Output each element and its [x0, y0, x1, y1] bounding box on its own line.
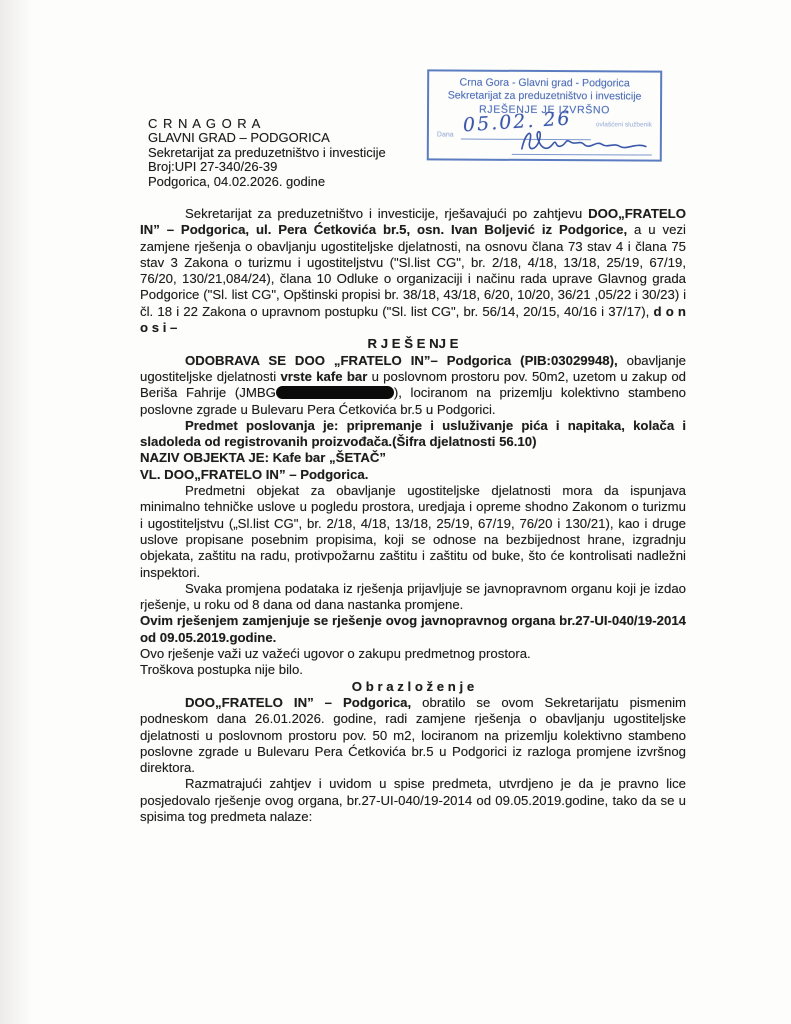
jmbg-redaction-bar — [276, 386, 394, 399]
scan-edge-shading — [0, 0, 38, 1024]
letterhead-case-number: Broj:UPI 27-340/26-39 — [148, 160, 386, 174]
line-ugovor-zakup: Ovo rješenje važi uz važeći ugovor o zak… — [140, 646, 686, 662]
line-naziv-objekta: NAZIV OBJEKTA JE: Kafe bar „ŠETAČ” — [140, 450, 686, 466]
paragraph-promjena-podataka: Svaka promjena podataka iz rješenja prij… — [140, 581, 686, 614]
paragraph-minimalni-uslovi: Predmetni objekat za obavljanje ugostite… — [140, 483, 686, 581]
document-body: Sekretarijat za preduzetništvo i investi… — [140, 206, 686, 825]
letterhead: C R N A G O R A GLAVNI GRAD – PODGORICA … — [148, 117, 386, 189]
paragraph-obrazlozenje-1: DOO„FRATELO IN” – Podgorica, obratilo se… — [140, 695, 686, 776]
obrazlozenje-party-name: DOO„FRATELO IN” – Podgorica, — [185, 695, 422, 710]
letterhead-secretariat: Sekretarijat za preduzetništvo i investi… — [148, 146, 386, 160]
odobrava-approval: ODOBRAVA SE DOO „FRATELO IN”– Podgorica … — [185, 353, 627, 368]
letterhead-city: GLAVNI GRAD – PODGORICA — [148, 131, 386, 145]
paragraph-odobrava: ODOBRAVA SE DOO „FRATELO IN”– Podgorica … — [140, 353, 686, 418]
paragraph-intro: Sekretarijat za preduzetništvo i investi… — [140, 206, 686, 336]
paragraph-zamjena-rjesenja: Ovim rješenjem zamjenjuje se rješenje ov… — [140, 613, 686, 646]
intro-lead-text: Sekretarijat za preduzetništvo i investi… — [185, 206, 588, 221]
line-troskovi: Troškova postupka nije bilo. — [140, 662, 686, 678]
odobrava-type: vrste kafe bar — [280, 369, 367, 384]
stamp-signer-label: ovlašćeni službenik — [512, 118, 652, 132]
document-page: C R N A G O R A GLAVNI GRAD – PODGORICA … — [0, 0, 791, 1024]
line-vlasnik: VL. DOO„FRATELO IN” – Podgorica. — [140, 467, 686, 483]
paragraph-predmet-poslovanja: Predmet poslovanja je: pripremanje i usl… — [140, 418, 686, 451]
section-heading-obrazlozenje: O b r a z l o ž e n j e — [140, 679, 686, 695]
letterhead-place-date: Podgorica, 04.02.2026. godine — [148, 175, 386, 189]
execution-stamp: Crna Gora - Glavni grad - Podgorica Sekr… — [427, 69, 662, 161]
stamp-authority-line: Crna Gora - Glavni grad - Podgorica — [429, 76, 660, 90]
letterhead-country: C R N A G O R A — [148, 117, 386, 131]
paragraph-obrazlozenje-2: Razmatrajući zahtjev i uvidom u spise pr… — [140, 776, 686, 825]
stamp-date-label: Dana — [437, 128, 454, 141]
stamp-signature-area: ovlašćeni službenik — [512, 118, 652, 156]
stamp-secretariat-line: Sekretarijat za preduzetništvo i investi… — [429, 89, 660, 103]
section-heading-rjesenje: R J E Š E NJ E — [140, 336, 686, 352]
